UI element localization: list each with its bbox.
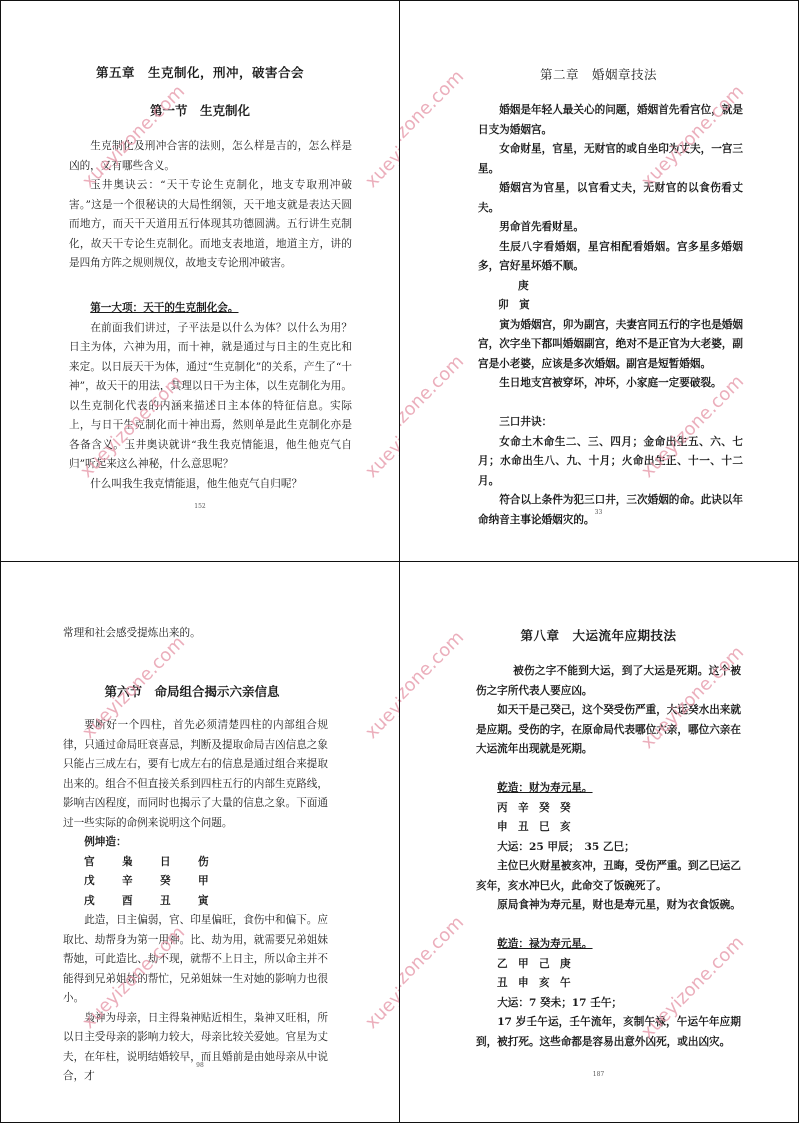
page-number: 33 — [400, 509, 797, 516]
luck-line: 大运：7 癸未；17 壬午； — [476, 994, 741, 1014]
section-title: 第一节 生克制化 — [1, 101, 399, 119]
paragraph: 什么叫我生我克情能退，他生他克气自归呢？ — [69, 475, 352, 495]
pillar-cell: 伤 — [198, 853, 236, 873]
lead-line: 常理和社会感受提炼出来的。 — [63, 624, 328, 644]
pillar-cell: 丑 — [497, 974, 518, 994]
pillar-cell: 申 — [497, 818, 518, 838]
pillar-cell: 戊 — [84, 872, 122, 892]
paragraph: 17 岁壬午运，壬午流年，亥制午禄，午运午年应期到，被打死。这些命都是容易出意外… — [476, 1013, 741, 1052]
paragraph: 生日地支宫被穿坏，冲坏，小家庭一定要破裂。 — [478, 374, 743, 394]
chart-line: 卯 寅 — [478, 296, 743, 316]
paragraph: 女命土木命生二、三、四月；金命出生五、六、七月；水命出生八、九、十月；火命出生正… — [478, 433, 743, 492]
pillar-cell: 酉 — [122, 892, 160, 912]
paragraph: 生辰八字看婚姻，星宫相配看婚姻。宫多星多婚姻多，宫好星坏婚不顺。 — [478, 238, 743, 277]
page-body: 婚姻是年轻人最关心的问题，婚姻首先看宫位，就是日支为婚姻宫。 女命财星，官星，无… — [478, 101, 743, 530]
pillar-cell: 乙 — [497, 955, 518, 975]
pillar-cell: 申 — [518, 974, 539, 994]
watermark: xueyizone.com — [361, 371, 399, 482]
page-bottom-right: 第八章 大运流年应期技法 被伤之字不能到大运，到了大运是死期。这个被伤之字所代表… — [400, 562, 797, 1122]
pillar-cell: 枭 — [122, 853, 160, 873]
page-bottom-left: 常理和社会感受提炼出来的。 第六节 命局组合揭示六亲信息 要断好一个四柱，首先必… — [1, 562, 399, 1122]
luck-line: 大运：25 甲辰； 35 乙巳； — [476, 838, 741, 858]
paragraph: 玉井奥诀云：“天干专论生克制化，地支专取刑冲破害。”这是一个很秘诀的大局性纲领，… — [69, 176, 352, 274]
watermark: xueyizone.com — [361, 922, 399, 1033]
pillar-cell: 己 — [539, 955, 560, 975]
subheading: 第一大项：天干的生克制化会。 — [90, 302, 238, 314]
section-title: 第六节 命局组合揭示六亲信息 — [1, 682, 391, 700]
paragraph: 原局食神为寿元星，财也是寿元星，财为衣食饭碗。 — [476, 896, 741, 916]
paragraph: 如天干是己癸己，这个癸受伤严重，大运癸水出来就是应期。受伤的字，在原命局代表哪位… — [476, 701, 741, 760]
pillar-cell: 甲 — [198, 872, 236, 892]
pillar-table: 官 枭 日 伤 戊 辛 癸 甲 戌 酉 丑 寅 — [63, 853, 328, 912]
page-top-left: 第五章 生克制化，刑冲，破害合会 第一节 生克制化 生克制化及刑冲合害的法则，怎… — [1, 1, 399, 561]
pillar-cell: 日 — [160, 853, 198, 873]
example-label: 例坤造： — [63, 833, 328, 853]
pillar-cell: 癸 — [160, 872, 198, 892]
watermark: xueyizone.com — [400, 912, 468, 1023]
chapter-title: 第五章 生克制化，刑冲，破害合会 — [1, 63, 399, 81]
pillar-cell: 午 — [560, 974, 581, 994]
pillar-cell: 癸 — [539, 799, 560, 819]
paragraph: 女命财星，官星，无财官的或自坐印为丈夫，一宫三星。 — [478, 140, 743, 179]
pillar-cell: 丑 — [518, 818, 539, 838]
page-body: 常理和社会感受提炼出来的。 — [63, 624, 328, 644]
page-number: 187 — [400, 1071, 797, 1078]
pillar-cell: 亥 — [560, 818, 581, 838]
pillar-cell: 丙 — [497, 799, 518, 819]
paragraph: 要断好一个四柱，首先必须清楚四柱的内部组合规律，只通过命局旺衰喜忌，判断及提取命… — [63, 716, 328, 833]
paragraph: 寅为婚姻宫，卯为副宫，夫妻宫同五行的字也是婚姻宫，次字坐下都叫婚姻副宫，绝对不是… — [478, 316, 743, 375]
watermark: xueyizone.com — [400, 351, 468, 462]
pillar-cell: 甲 — [518, 955, 539, 975]
pillar-cell: 丑 — [160, 892, 198, 912]
pillar-cell: 官 — [84, 853, 122, 873]
case-title: 乾造：禄为寿元星。 — [497, 938, 592, 950]
pillar-cell: 庚 — [560, 955, 581, 975]
pillar-table: 丙 辛 癸 癸 申 丑 巳 亥 — [476, 799, 741, 838]
paragraph: 主位巳火财星被亥冲，丑晦，受伤严重。到乙巳运乙亥年，亥水冲巳火，此命交了饭碗死了… — [476, 857, 741, 896]
pillar-cell: 戌 — [84, 892, 122, 912]
case-title: 乾造：财为寿元星。 — [497, 782, 592, 794]
pillar-cell: 巳 — [539, 818, 560, 838]
pillar-cell: 癸 — [560, 799, 581, 819]
watermark: xueyizone.com — [361, 81, 399, 192]
pillar-cell: 辛 — [518, 799, 539, 819]
page-number: 98 — [1, 1062, 399, 1069]
paragraph: 男命首先看财星。 — [478, 218, 743, 238]
page-top-right: 第二章 婚姻章技法 婚姻是年轻人最关心的问题，婚姻首先看宫位，就是日支为婚姻宫。… — [400, 1, 797, 561]
pillar-cell: 辛 — [122, 872, 160, 892]
chart-line: 庚 — [478, 277, 743, 297]
pillar-cell: 亥 — [539, 974, 560, 994]
pillar-cell: 寅 — [198, 892, 236, 912]
page-body: 要断好一个四柱，首先必须清楚四柱的内部组合规律，只通过命局旺衰喜忌，判断及提取命… — [63, 716, 328, 1087]
page-number: 152 — [1, 503, 399, 510]
paragraph: 婚姻宫为官星，以官看丈夫，无财官的以食伤看丈夫。 — [478, 179, 743, 218]
